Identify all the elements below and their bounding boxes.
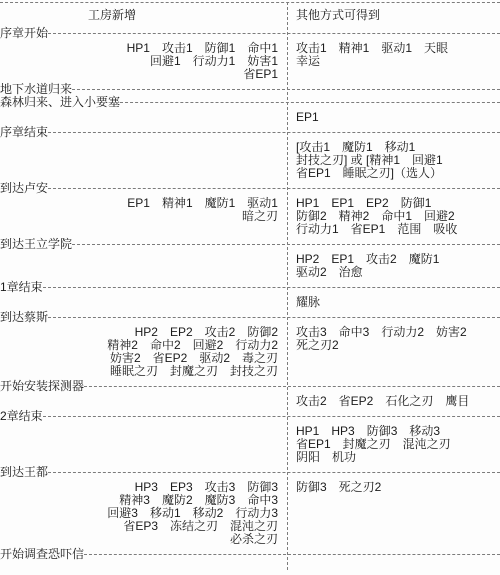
row-content: HP2 EP2 攻击2 防御2精神2 命中2 回避2 行动力2妨害2 省EP2 … <box>0 324 500 380</box>
workshop-cell: EP1 精神1 魔防1 驱动1暗之刃 <box>0 195 287 238</box>
row-boundary: 开始安装探测器 <box>0 380 500 393</box>
row-label: 2章结束 <box>0 410 43 423</box>
other-line: 攻击1 精神1 驱动1 天眼 <box>296 42 500 55</box>
other-line: 耀脉 <box>296 296 500 309</box>
row-label: 森林归来、进入小要塞 <box>0 96 120 109</box>
row-label: 序章结束 <box>0 126 48 139</box>
row-boundary: 序章结束 <box>0 126 500 139</box>
other-cell: 攻击1 精神1 驱动1 天眼幸运 <box>287 40 500 83</box>
workshop-line: 回避1 行动力1 妨害1 <box>0 55 278 68</box>
other-line: 行动力1 省EP1 范围 吸收 <box>296 223 500 236</box>
other-line: 死之刃2 <box>296 339 500 352</box>
workshop-cell: HP3 EP3 攻击3 防御3精神3 魔防2 魔防3 命中3回避3 移动1 移动… <box>0 479 287 548</box>
workshop-cell <box>0 393 287 410</box>
workshop-cell: HP1 攻击1 防御1 命中1回避1 行动力1 妨害1省EP1 <box>0 40 287 83</box>
row-content: 耀脉 <box>0 294 500 311</box>
row-content: [攻击1 魔防1 移动1封技之刃] 或 [精神1 回避1省EP1 睡眠之刃]（选… <box>0 139 500 182</box>
row-boundary: 到达王立学院 <box>0 238 500 251</box>
other-cell: EP1 <box>287 109 500 126</box>
availability-table: 工房新增 其他方式可得到 序章开始HP1 攻击1 防御1 命中1回避1 行动力1… <box>0 0 500 575</box>
row-boundary: 到达卢安 <box>0 182 500 195</box>
workshop-line: 必杀之刃 <box>0 533 278 546</box>
other-line: 幸运 <box>296 55 500 68</box>
row-divider-line <box>48 317 500 318</box>
workshop-cell <box>0 109 287 126</box>
other-cell: 防御3 死之刃2 <box>287 479 500 548</box>
table-header-row: 工房新增 其他方式可得到 <box>0 3 500 27</box>
other-cell: HP1 EP1 EP2 防御1防御2 精神2 命中1 回避2行动力1 省EP1 … <box>287 195 500 238</box>
row-boundary: 序章开始 <box>0 27 500 40</box>
row-boundary: 1章结束 <box>0 281 500 294</box>
row-content: 攻击2 省EP2 石化之刃 鹰目 <box>0 393 500 410</box>
row-boundary: 2章结束 <box>0 410 500 423</box>
row-content: HP3 EP3 攻击3 防御3精神3 魔防2 魔防3 命中3回避3 移动1 移动… <box>0 479 500 548</box>
row-divider-line <box>43 287 500 288</box>
other-line: EP1 <box>296 111 500 124</box>
column-header-other: 其他方式可得到 <box>287 9 500 22</box>
table-rows: 序章开始HP1 攻击1 防御1 命中1回避1 行动力1 妨害1省EP1攻击1 精… <box>0 27 500 561</box>
row-divider-line <box>48 472 500 473</box>
row-label: 开始安装探测器 <box>0 380 84 393</box>
row-divider-line <box>72 89 500 90</box>
other-cell: HP2 EP1 攻击2 魔防1驱动2 治愈 <box>287 251 500 281</box>
other-line: 驱动2 治愈 <box>296 266 500 279</box>
workshop-cell: HP2 EP2 攻击2 防御2精神2 命中2 回避2 行动力2妨害2 省EP2 … <box>0 324 287 380</box>
row-content: HP2 EP1 攻击2 魔防1驱动2 治愈 <box>0 251 500 281</box>
row-label: 1章结束 <box>0 281 43 294</box>
row-boundary: 森林归来、进入小要塞 <box>0 96 500 109</box>
column-header-workshop: 工房新增 <box>0 9 287 22</box>
other-line: 攻击2 省EP2 石化之刃 鹰目 <box>296 395 500 408</box>
workshop-cell <box>0 251 287 281</box>
other-line: 防御3 死之刃2 <box>296 481 500 494</box>
row-divider-line <box>48 132 500 133</box>
row-content: EP1 <box>0 109 500 126</box>
row-content: EP1 精神1 魔防1 驱动1暗之刃HP1 EP1 EP2 防御1防御2 精神2… <box>0 195 500 238</box>
other-line: 阴阳 机功 <box>296 451 500 464</box>
row-divider-line <box>43 416 500 417</box>
row-divider-line <box>84 386 500 387</box>
row-label: 到达王立学院 <box>0 238 72 251</box>
workshop-cell <box>0 139 287 182</box>
workshop-line: 省EP1 <box>0 68 278 81</box>
row-content: HP1 HP3 防御3 移动3省EP1 封魔之刃 混沌之刃阴阳 机功 <box>0 423 500 466</box>
row-divider-line <box>120 102 500 103</box>
workshop-cell <box>0 423 287 466</box>
column-divider-line <box>287 2 288 570</box>
row-label: 到达蔡斯 <box>0 311 48 324</box>
other-cell: 攻击2 省EP2 石化之刃 鹰目 <box>287 393 500 410</box>
other-cell: 耀脉 <box>287 294 500 311</box>
row-boundary: 到达王都 <box>0 466 500 479</box>
row-divider-line <box>48 188 500 189</box>
other-cell: 攻击3 命中3 行动力2 妨害2死之刃2 <box>287 324 500 380</box>
row-divider-line <box>84 554 500 555</box>
row-boundary: 开始调查恐吓信 <box>0 548 500 561</box>
workshop-line: 睡眠之刃 封魔之刃 封技之刃 <box>0 365 278 378</box>
other-line: 省EP1 睡眠之刃]（选人） <box>296 167 500 180</box>
row-divider-line <box>72 244 500 245</box>
other-cell: HP1 HP3 防御3 移动3省EP1 封魔之刃 混沌之刃阴阳 机功 <box>287 423 500 466</box>
row-label: 开始调查恐吓信 <box>0 548 84 561</box>
row-label: 到达王都 <box>0 466 48 479</box>
workshop-cell <box>0 294 287 311</box>
row-label: 序章开始 <box>0 27 48 40</box>
row-divider-line <box>48 33 500 34</box>
workshop-line: 暗之刃 <box>0 210 278 223</box>
row-label: 到达卢安 <box>0 182 48 195</box>
other-cell: [攻击1 魔防1 移动1封技之刃] 或 [精神1 回避1省EP1 睡眠之刃]（选… <box>287 139 500 182</box>
row-content: HP1 攻击1 防御1 命中1回避1 行动力1 妨害1省EP1攻击1 精神1 驱… <box>0 40 500 83</box>
workshop-line: EP1 精神1 魔防1 驱动1 <box>0 197 278 210</box>
row-boundary: 到达蔡斯 <box>0 311 500 324</box>
